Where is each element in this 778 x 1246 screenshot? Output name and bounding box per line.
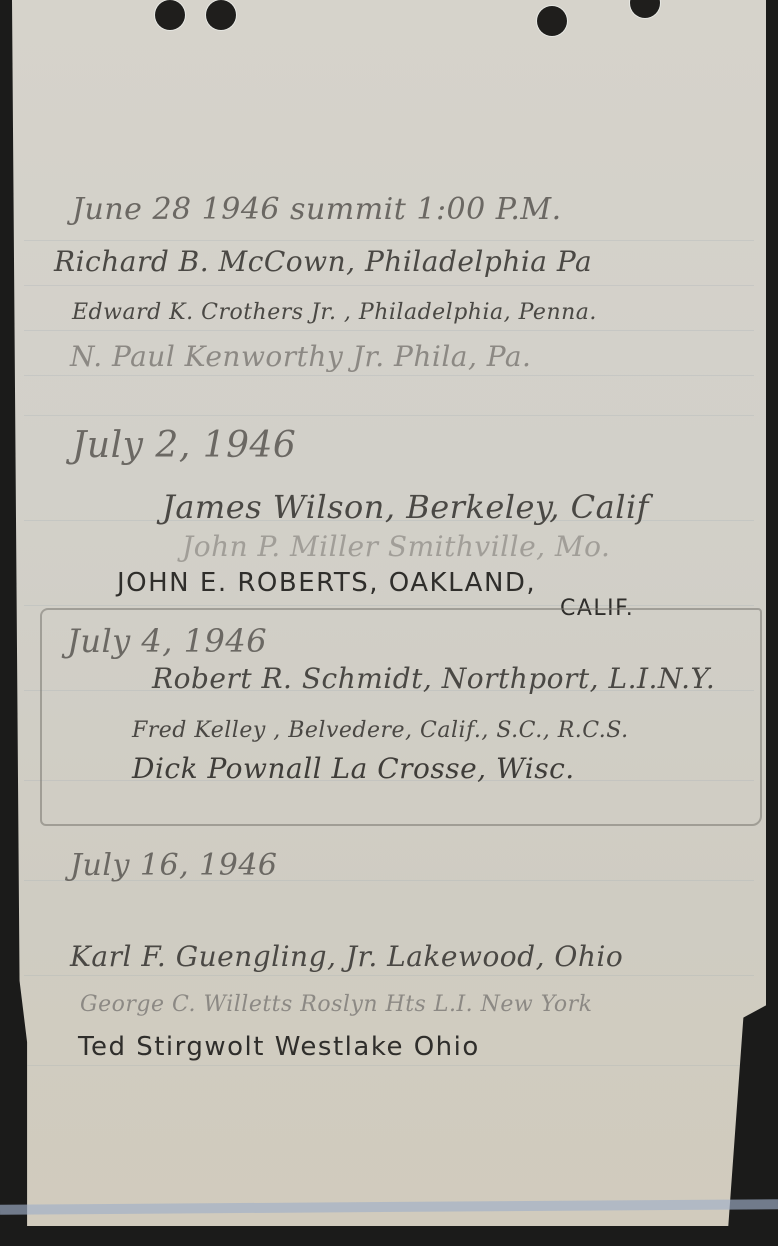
binder-hole: [630, 0, 660, 18]
ruled-line: [24, 285, 754, 286]
notebook-page: June 28 1946 summit 1:00 P.M. Richard B.…: [12, 0, 766, 1226]
register-entry: James Wilson, Berkeley, Calif: [162, 488, 649, 526]
register-entry: Dick Pownall La Crosse, Wisc.: [132, 752, 575, 785]
ruled-line: [24, 1065, 754, 1066]
register-entry: N. Paul Kenworthy Jr. Phila, Pa.: [70, 340, 531, 373]
register-entry: Robert R. Schmidt, Northport, L.I.N.Y.: [152, 662, 715, 695]
register-entry: John P. Miller Smithville, Mo.: [182, 530, 610, 563]
register-entry: JOHN E. ROBERTS, OAKLAND,: [117, 568, 536, 598]
binder-hole: [206, 0, 236, 30]
ruled-line: [24, 330, 754, 331]
register-entry: Fred Kelley , Belvedere, Calif., S.C., R…: [132, 718, 629, 743]
register-entry: Karl F. Guengling, Jr. Lakewood, Ohio: [70, 940, 623, 973]
ruled-line: [24, 605, 754, 606]
register-entry: Ted Stirgwolt Westlake Ohio: [78, 1032, 480, 1062]
binder-hole: [155, 0, 185, 30]
date-heading: July 4, 1946: [67, 622, 267, 660]
ruled-line: [24, 375, 754, 376]
date-heading: June 28 1946 summit 1:00 P.M.: [72, 192, 562, 227]
register-entry: Richard B. McCown, Philadelphia Pa: [54, 245, 592, 278]
ruled-line: [24, 975, 754, 976]
date-heading: July 16, 1946: [70, 848, 278, 883]
binder-hole: [537, 6, 567, 36]
register-entry: George C. Willetts Roslyn Hts L.I. New Y…: [80, 992, 592, 1017]
date-heading: July 2, 1946: [72, 425, 296, 466]
ruled-line: [24, 240, 754, 241]
register-entry: Edward K. Crothers Jr. , Philadelphia, P…: [72, 300, 597, 325]
ruled-line: [24, 415, 754, 416]
